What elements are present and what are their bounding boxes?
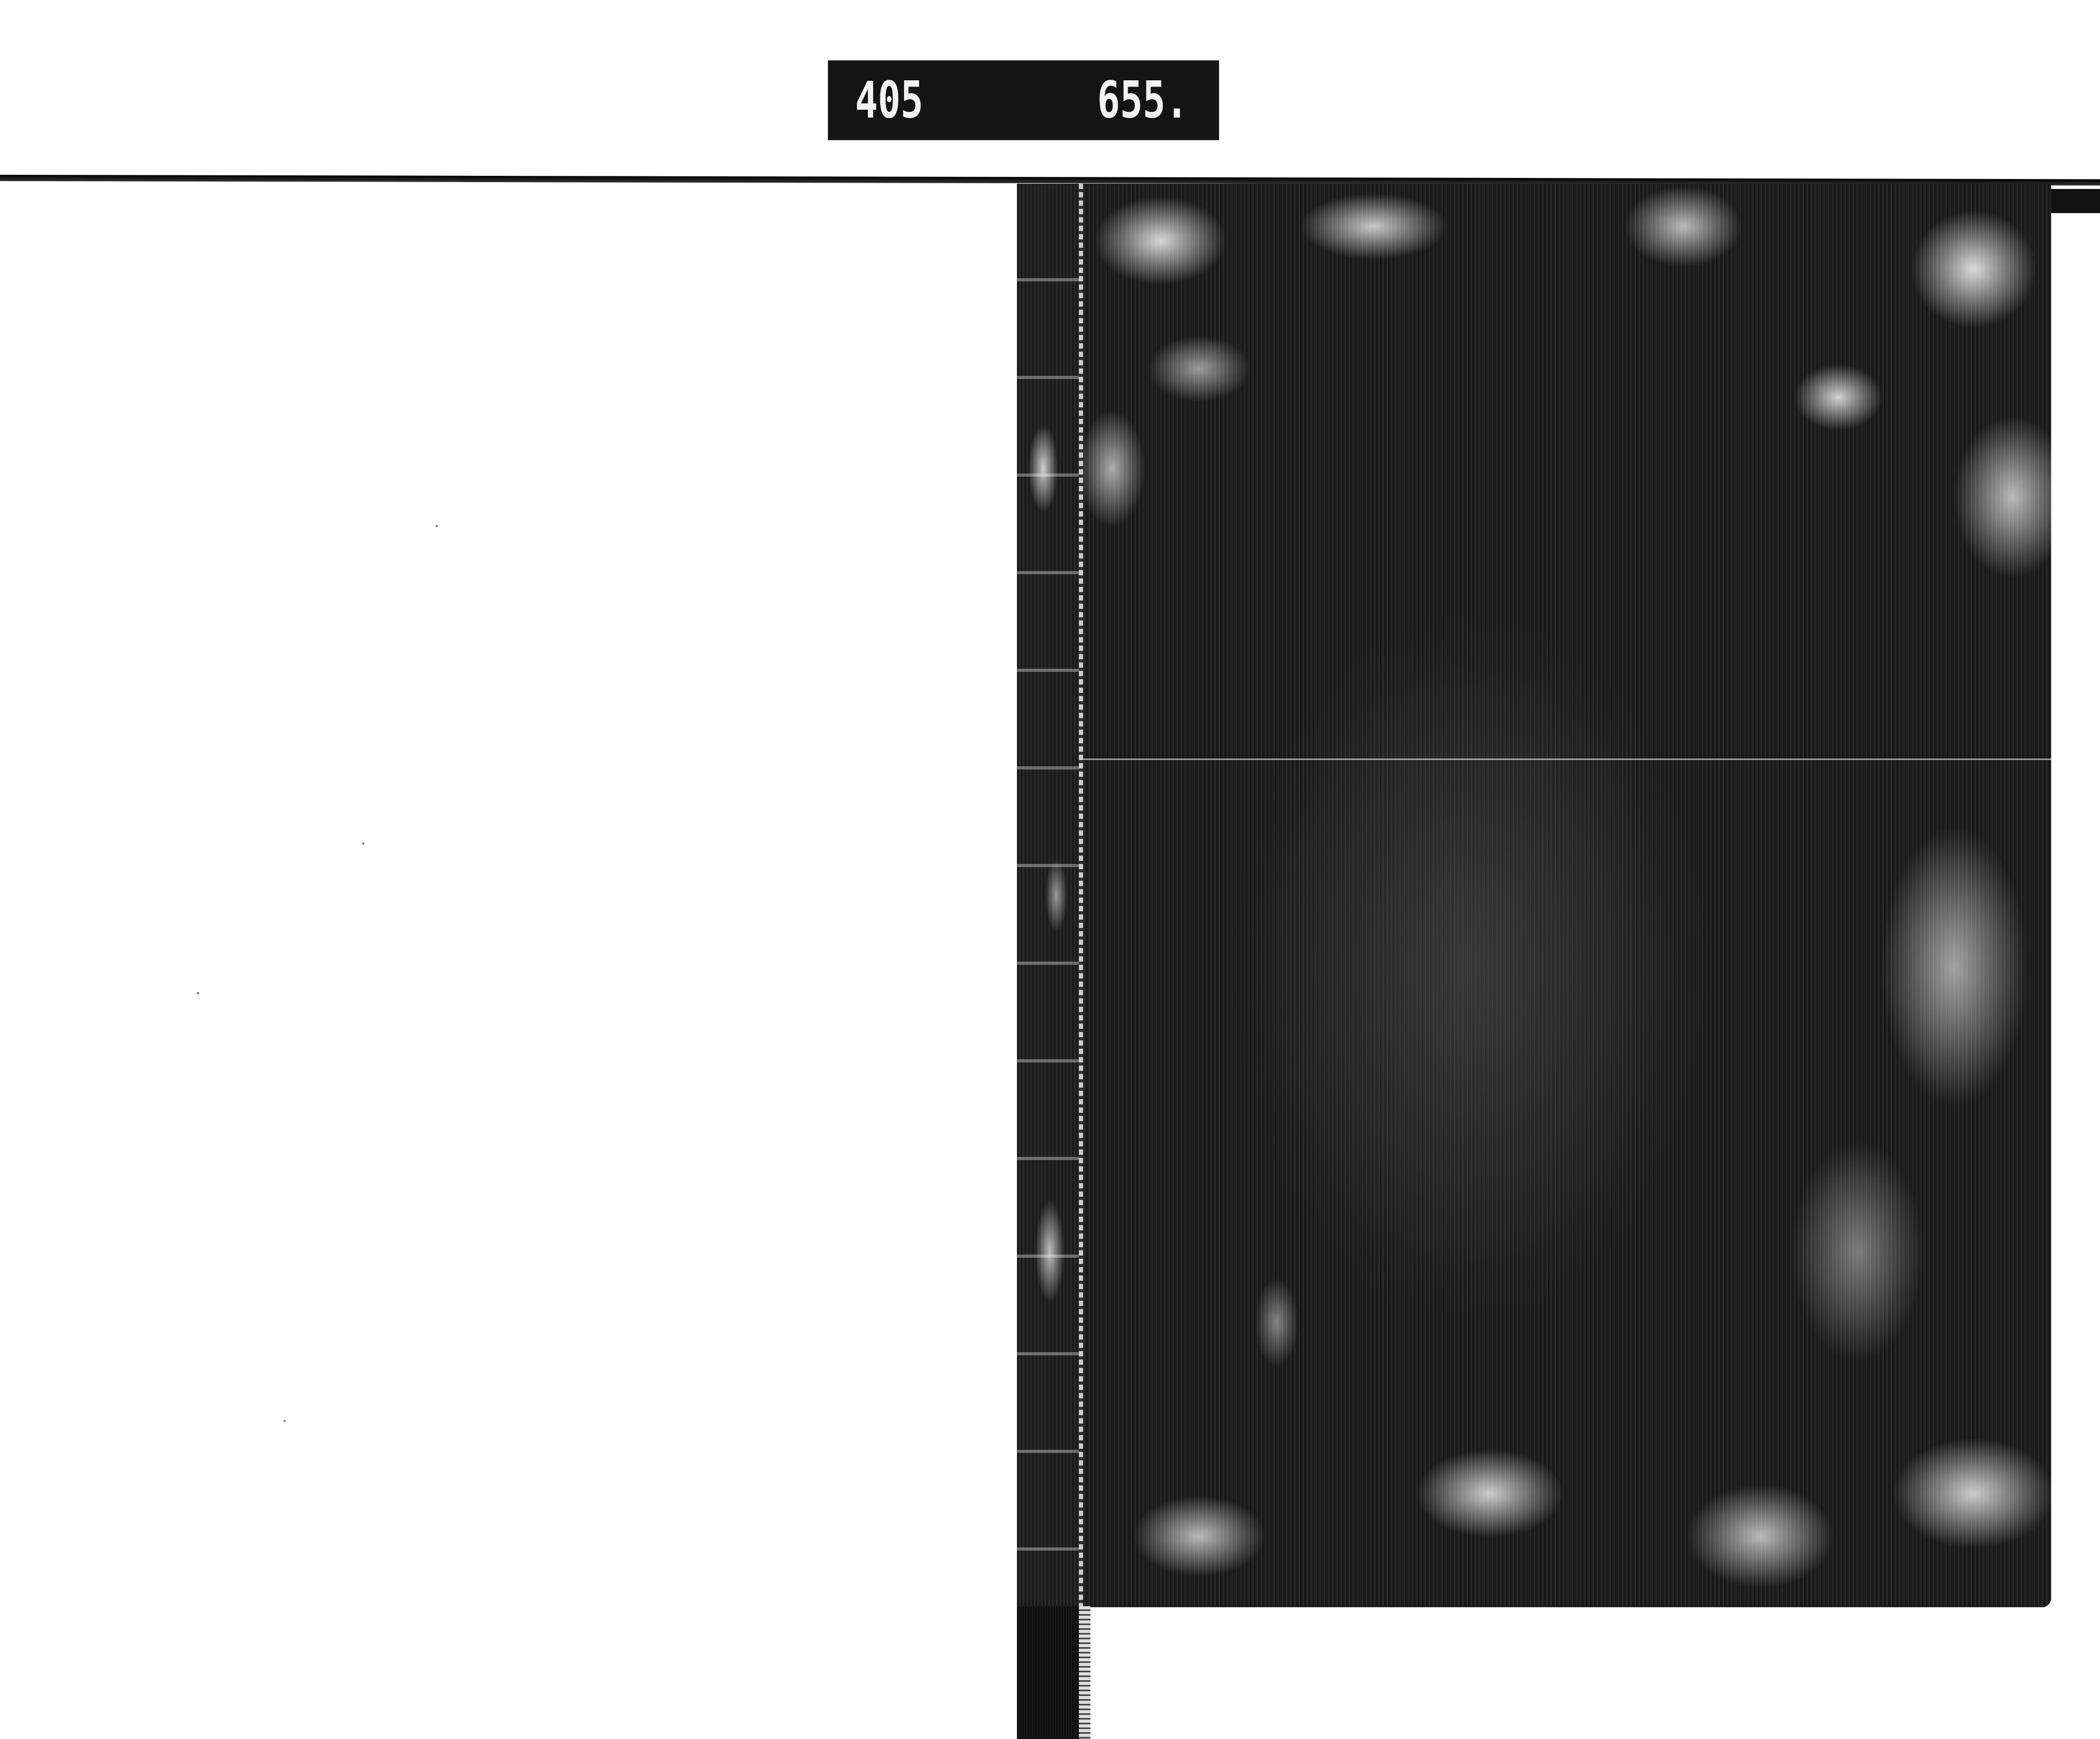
marbled-cover [1083,184,2051,1607]
book-spine [1017,184,1083,1607]
label-number-right: 655. [1097,71,1188,130]
spine-lower-extension [1017,1606,1090,1739]
dust-speck [436,525,438,527]
dust-speck [197,992,199,994]
spine-edge [1079,184,1083,1607]
label-number-left: 405 [855,71,923,130]
film-reel-label: 405 655. [828,60,1219,140]
dust-speck [283,1420,286,1422]
dust-speck [362,842,364,845]
fold-line [1083,758,2051,760]
book-cover-scan [1017,184,2051,1607]
